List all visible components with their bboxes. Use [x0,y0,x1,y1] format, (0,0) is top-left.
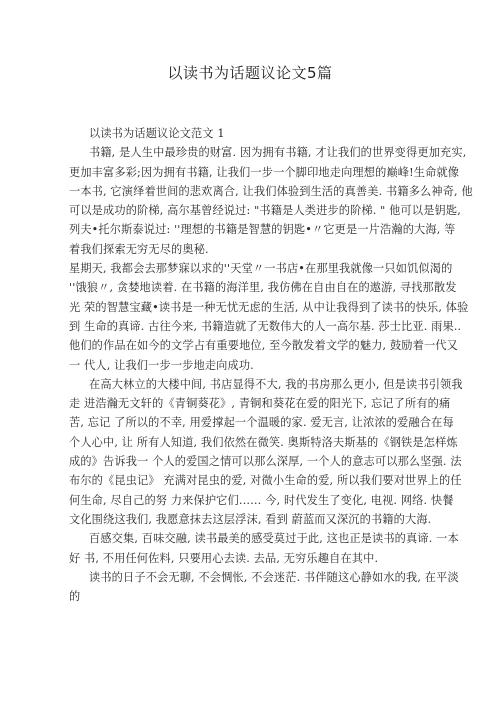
text-line: 以读书为话题议论文范文 1 [69,124,429,143]
text-line: 到 生命的真谛. 古往今来, 书籍造就了无数伟大的人一高尔基. 莎士比亚. 雨果… [69,317,429,336]
text-line: 成的》告诉我一 个人的爱国之情可以那么深厚, 一个人的意志可以那么坚强. 法 [69,452,429,471]
text-line: 走 进浩瀚无文轩的《青铜葵花》, 青铜和葵花在爱的阳光下, 忘记了所有的痛 [69,394,429,413]
text-line: 百感交集, 百味交融, 读书最美的感受莫过于此, 这也正是读书的真谛. 一本 [69,529,429,548]
text-line: 文化围绕这我们, 我愿意抹去这层浮沫, 看到 蔚蓝而又深沉的书籍的大海. [69,510,429,529]
text-line: 在高大林立的大楼中间, 书店显得不大, 我的书房那么更小, 但是读书引领我 [69,375,429,394]
text-line: 更加丰富多彩;因为拥有书籍, 让我们一步一个脚印地走向理想的巅峰!生命就像 [69,163,429,182]
text-line: 着我们探索无穷无尽的奥秘. [69,240,429,259]
text-line: 个人心中, 让 所有人知道, 我们依然在微笑. 奥斯特洛夫斯基的《钢铁是怎样炼 [69,433,429,452]
text-line: 布尔的《昆虫记》 充满对昆虫的爱, 对微小生命的爱, 所以我们要对世界上的任 [69,471,429,490]
document-body: 以读书为话题议论文范文 1书籍, 是人生中最珍贵的财富. 因为拥有书籍, 才让我… [69,124,429,606]
text-line: 可以是成功的阶梯, 高尔基曾经说过: "书籍是人类进步的阶梯. " 他可以是钥匙… [69,201,429,220]
text-line: 书籍, 是人生中最珍贵的财富. 因为拥有书籍, 才让我们的世界变得更加充实, [69,143,429,162]
text-line: 何生命, 尽自己的努 力来保护它们…… 今, 时代发生了变化, 电视. 网络. … [69,491,429,510]
document-title: 以读书为话题议论文5篇 [0,62,500,83]
text-line: 一 代人, 让我们一步一步地走向成功. [69,356,429,375]
text-line: 光 荣的智慧宝藏•读书是一种无忧无虑的生活, 从中让我得到了读书的快乐, 体验 [69,298,429,317]
text-line: 的 [69,587,429,606]
text-line: ''饿狼〃, 贪婪地读着. 在书籍的海洋里, 我仿佛在自由自在的遨游, 寻找那散… [69,278,429,297]
text-line: 好 书, 不用任何佐料, 只要用心去读. 去品, 无穷乐趣自在其中. [69,549,429,568]
text-line: 列夫•托尔斯泰说过: ''理想的书籍是智慧的钥匙•〃它更是一片浩瀚的大海, 等 [69,220,429,239]
text-line: 他们的作品在如今的文学占有重要地位, 至今散发着文学的魅力, 鼓励着一代又 [69,336,429,355]
text-line: 一本书, 它演绎着世间的悲欢离合, 让我们体验到生活的真善美. 书籍多么神奇, … [69,182,429,201]
text-line: 读书的日子不会无聊, 不会惆怅, 不会迷茫. 书伴随这心静如水的我, 在平淡 [69,568,429,587]
document-page: 以读书为话题议论文5篇 以读书为话题议论文范文 1书籍, 是人生中最珍贵的财富.… [0,0,500,707]
text-line: 星期天, 我都会去那梦寐以求的''天堂〃一书店•在那里我就像一只如饥似渴的 [69,259,429,278]
text-line: 苦, 忘记 了所以的不幸, 用爱撑起一个温暖的家. 爱无言, 让浓浓的爱融合在每 [69,413,429,432]
